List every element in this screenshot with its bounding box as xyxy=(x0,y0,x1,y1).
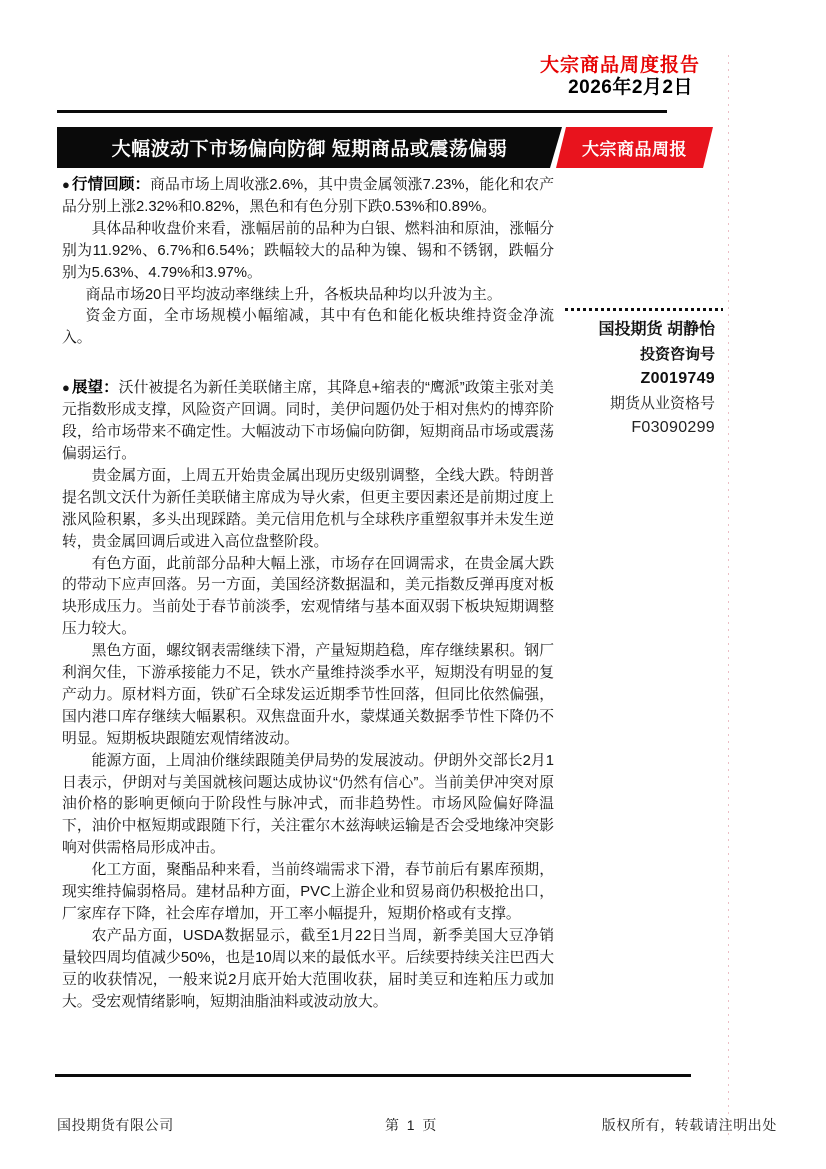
paragraph-energy: 能源方面，上周油价继续跟随美伊局势的发展波动。伊朗外交部长2月1日表示，伊朗对与… xyxy=(62,751,554,861)
paragraph-chemicals: 化工方面，聚酯品种来看，当前终端需求下滑，春节前后有累库预期，现实维持偏弱格局。… xyxy=(62,860,554,926)
section-lead-text: 沃什被提名为新任美联储主席，其降息+缩表的“鹰派”政策主张对美元指数形成支撑，风… xyxy=(62,380,554,462)
header-rule xyxy=(57,110,667,113)
report-page: 大宗商品周度报告 2026年2月2日 大幅波动下市场偏向防御 短期商品或震荡偏弱… xyxy=(0,0,826,1169)
page-number: 第 1 页 xyxy=(385,1115,436,1135)
practice-license-number: F03090299 xyxy=(599,416,715,441)
title-banner: 大幅波动下市场偏向防御 短期商品或震荡偏弱 xyxy=(57,127,562,168)
paragraph: 资金方面，全市场规模小幅缩减，其中有色和能化板块维持资金净流入。 xyxy=(62,306,554,350)
paragraph-nonferrous: 有色方面，此前部分品种大幅上涨，市场存在回调需求，在贵金属大跌的带动下应声回落。… xyxy=(62,554,554,642)
company-name: 国投期货有限公司 xyxy=(57,1115,174,1135)
section-lead-paragraph: ●行情回顾：商品市场上周收涨2.6%，其中贵金属领涨7.23%，能化和农产品分别… xyxy=(62,174,554,219)
paragraph: 商品市场20日平均波动率继续上升，各板块品种均以升波为主。 xyxy=(62,285,554,307)
section-bullet-icon: ● xyxy=(62,177,70,192)
section-heading: 行情回顾： xyxy=(72,176,150,193)
page-edge-dotted-line xyxy=(728,55,729,1140)
advisory-license-label: 投资咨询号 xyxy=(599,343,715,368)
practice-license-label: 期货从业资格号 xyxy=(599,392,715,417)
sidebar-dotted-rule xyxy=(565,308,723,311)
paragraph-agriculture: 农产品方面，USDA数据显示，截至1月22日当周，新季美国大豆净销量较四周均值减… xyxy=(62,926,554,1014)
analyst-info: 国投期货 胡静怡 投资咨询号 Z0019749 期货从业资格号 F0309029… xyxy=(599,318,715,441)
report-series-tag: 大宗商品周报 xyxy=(556,127,713,168)
paragraph-precious-metals: 贵金属方面，上周五开始贵金属出现历史级别调整，全线大跌。特朗普提名凯文沃什为新任… xyxy=(62,466,554,554)
footer-rule xyxy=(55,1074,691,1077)
report-body: ●行情回顾：商品市场上周收涨2.6%，其中贵金属领涨7.23%，能化和农产品分别… xyxy=(62,174,554,1014)
report-date: 2026年2月2日 xyxy=(568,72,693,99)
banner-title: 大幅波动下市场偏向防御 短期商品或震荡偏弱 xyxy=(112,134,508,161)
section-bullet-icon: ● xyxy=(62,380,70,395)
copyright-notice: 版权所有，转载请注明出处 xyxy=(602,1115,777,1135)
paragraph: 具体品种收盘价来看，涨幅居前的品种为白银、燃料油和原油，涨幅分别为11.92%、… xyxy=(62,219,554,285)
section-outlook: ●展望：沃什被提名为新任美联储主席，其降息+缩表的“鹰派”政策主张对美元指数形成… xyxy=(62,377,554,1013)
section-heading: 展望： xyxy=(72,379,119,396)
banner-tag-label: 大宗商品周报 xyxy=(582,135,687,160)
advisory-license-number: Z0019749 xyxy=(599,367,715,392)
analyst-name: 国投期货 胡静怡 xyxy=(599,318,715,343)
section-market-review: ●行情回顾：商品市场上周收涨2.6%，其中贵金属领涨7.23%，能化和农产品分别… xyxy=(62,174,554,350)
section-lead-paragraph: ●展望：沃什被提名为新任美联储主席，其降息+缩表的“鹰派”政策主张对美元指数形成… xyxy=(62,377,554,466)
paragraph-ferrous: 黑色方面，螺纹钢表需继续下滑，产量短期趋稳，库存继续累积。钢厂利润欠佳，下游承接… xyxy=(62,641,554,751)
